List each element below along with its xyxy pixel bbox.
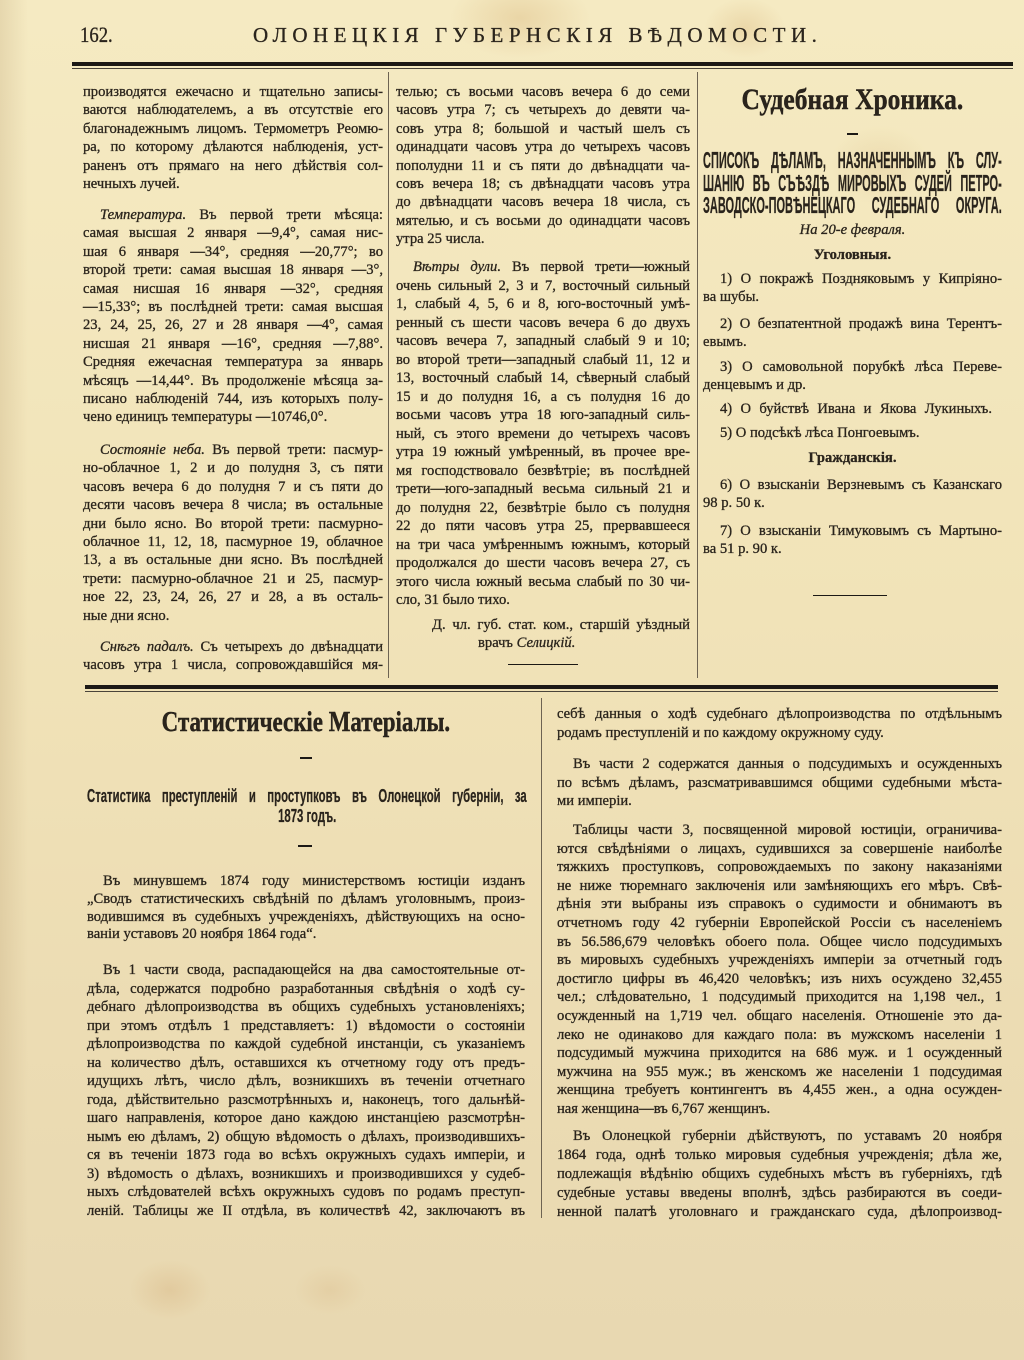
text-line: ются свѣдѣніями о лицахъ, судившихся за … bbox=[557, 840, 1002, 859]
paragraph: себѣ данныя о ходѣ судебнаго дѣлопроизво… bbox=[557, 705, 1002, 742]
text-line: нымъ ею дѣламъ, 2) общую вѣдомость о дѣл… bbox=[87, 1128, 525, 1147]
statistics-right-column: себѣ данныя о ходѣ судебнаго дѣлопроизво… bbox=[557, 0, 1002, 1240]
text-line: подсудимый мужчина приходится на 686 муж… bbox=[557, 1044, 1002, 1063]
text-line: водившимся въ судебныхъ учрежденіяхъ, дѣ… bbox=[87, 909, 525, 927]
text-line: Въ Олонецкой губерніи дѣйствуютъ, по уст… bbox=[557, 1127, 1002, 1146]
subtitle-dash bbox=[298, 845, 312, 847]
text-line: ми имперіи. bbox=[557, 792, 1002, 811]
text-line: подлежащія вѣдѣнію общихъ судебныхъ мѣст… bbox=[557, 1165, 1002, 1184]
column-divider bbox=[541, 698, 542, 1218]
text-line: ненной палатѣ уголовнаго и гражданскаго … bbox=[557, 1203, 1002, 1222]
text-line: дѣла, содержатся подробно разработанныя … bbox=[87, 980, 525, 999]
paragraph: Въ минувшемъ 1874 году министерствомъ юс… bbox=[87, 873, 525, 944]
text-line: дѣнія эти выбраны изъ справокъ о судимос… bbox=[557, 895, 1002, 914]
text-line: осужденный на 1,719 чел. общаго населені… bbox=[557, 1007, 1002, 1026]
text-line: себѣ данныя о ходѣ судебнаго дѣлопроизво… bbox=[557, 705, 1002, 724]
title-dash bbox=[300, 757, 312, 759]
text-line: Въ минувшемъ 1874 году министерствомъ юс… bbox=[87, 873, 525, 891]
text-line: дебнаго дѣлопроизводства въ общихъ судеб… bbox=[87, 998, 525, 1017]
paragraph: Таблицы части 3, посвященной мировой юст… bbox=[557, 821, 1002, 1119]
text-line: при этомъ отдѣлъ 1 представляетъ: 1) вѣд… bbox=[87, 1017, 525, 1036]
subtitle-line: Статистика преступленій и проступковъ въ… bbox=[87, 786, 527, 806]
text-line: тяжкихъ проступковъ, сопровождаемыхъ по … bbox=[557, 858, 1002, 877]
subtitle-year: 1873 годъ. bbox=[278, 806, 336, 826]
text-line: ся въ теченіи 1873 года во всѣхъ окружны… bbox=[87, 1146, 525, 1165]
text-line: 3) вѣдомость о дѣлахъ, возникшихъ и прои… bbox=[87, 1165, 525, 1184]
text-line: идущихъ лѣтъ, число дѣлъ, возникшихъ въ … bbox=[87, 1072, 525, 1091]
text-line: чел.; слѣдовательно, 1 подсудимый приход… bbox=[557, 988, 1002, 1007]
paragraph: Въ Олонецкой губерніи дѣйствуютъ, по уст… bbox=[557, 1127, 1002, 1222]
text-line: леко не одинаково для каждаго пола: въ м… bbox=[557, 1026, 1002, 1045]
text-line: въ мировыхъ судебныхъ учрежденіяхъ импер… bbox=[557, 951, 1002, 970]
statistics-left-column: Статистическіе Матеріалы. Статистика пре… bbox=[87, 0, 525, 1240]
text-line: года, дѣйствительно разсмотрѣнныхъ и, на… bbox=[87, 1091, 525, 1110]
text-line: не ниже тюремнаго заключенія или замѣняю… bbox=[557, 877, 1002, 896]
article-subtitle: Статистика преступленій и проступковъ въ… bbox=[87, 786, 527, 830]
text-line: леній. Таблицы же II отдѣла, въ количест… bbox=[87, 1202, 525, 1221]
title-text: Статистическіе Матеріалы. bbox=[162, 705, 450, 741]
paragraph: Въ 1 части свода, распадающейся на два с… bbox=[87, 961, 525, 1220]
text-line: ныхъ слѣдователей всѣхъ окружныхъ судовъ… bbox=[87, 1183, 525, 1202]
text-line: Таблицы части 3, посвященной мировой юст… bbox=[557, 821, 1002, 840]
text-line: по всѣмъ дѣламъ, разсматривавшимся общим… bbox=[557, 774, 1002, 793]
text-line: Въ 1 части свода, распадающейся на два с… bbox=[87, 961, 525, 980]
text-line: на количество дѣлъ, оставшихся къ отчетн… bbox=[87, 1054, 525, 1073]
newspaper-page: 162. ОЛОНЕЦКІЯ ГУБЕРНСКІЯ ВѢДОМОСТИ. про… bbox=[0, 0, 1024, 1360]
text-line: женщина требуетъ контингентъ въ 4,455 же… bbox=[557, 1081, 1002, 1100]
text-line: въ 56.586,679 человѣкъ обоего пола. Обще… bbox=[557, 933, 1002, 952]
text-line: мужчина на 955 муж.; въ женскомъ же насе… bbox=[557, 1063, 1002, 1082]
text-line: ная женщина—въ 6,767 женщинъ. bbox=[557, 1100, 1002, 1119]
text-line: 1864 года, однѣ только мировыя судебныя … bbox=[557, 1146, 1002, 1165]
text-line: шаго направленія, которое дано каждою ин… bbox=[87, 1109, 525, 1128]
text-line: „Сводъ статистическихъ свѣдѣній по дѣлам… bbox=[87, 891, 525, 909]
text-line: достигло цифры въ 46,420 человѣкъ; изъ н… bbox=[557, 970, 1002, 989]
text-line: родамъ преступленій и по каждому окружно… bbox=[557, 724, 1002, 743]
subtitle-line: 1873 годъ. bbox=[87, 806, 527, 826]
text-line: Въ части 2 содержатся данныя о подсудимы… bbox=[557, 755, 1002, 774]
statistics-title: Статистическіе Матеріалы. bbox=[87, 705, 525, 741]
text-line: ваніи уставовъ 20 ноября 1864 года“. bbox=[87, 926, 525, 944]
text-line: дѣлопроизводства по каждой судебной инст… bbox=[87, 1035, 525, 1054]
text-line: отчетномъ году 42 губерніи Европейской Р… bbox=[557, 914, 1002, 933]
paragraph: Въ части 2 содержатся данныя о подсудимы… bbox=[557, 755, 1002, 811]
text-line: судебные уставы введены вполнѣ, здѣсь ра… bbox=[557, 1184, 1002, 1203]
